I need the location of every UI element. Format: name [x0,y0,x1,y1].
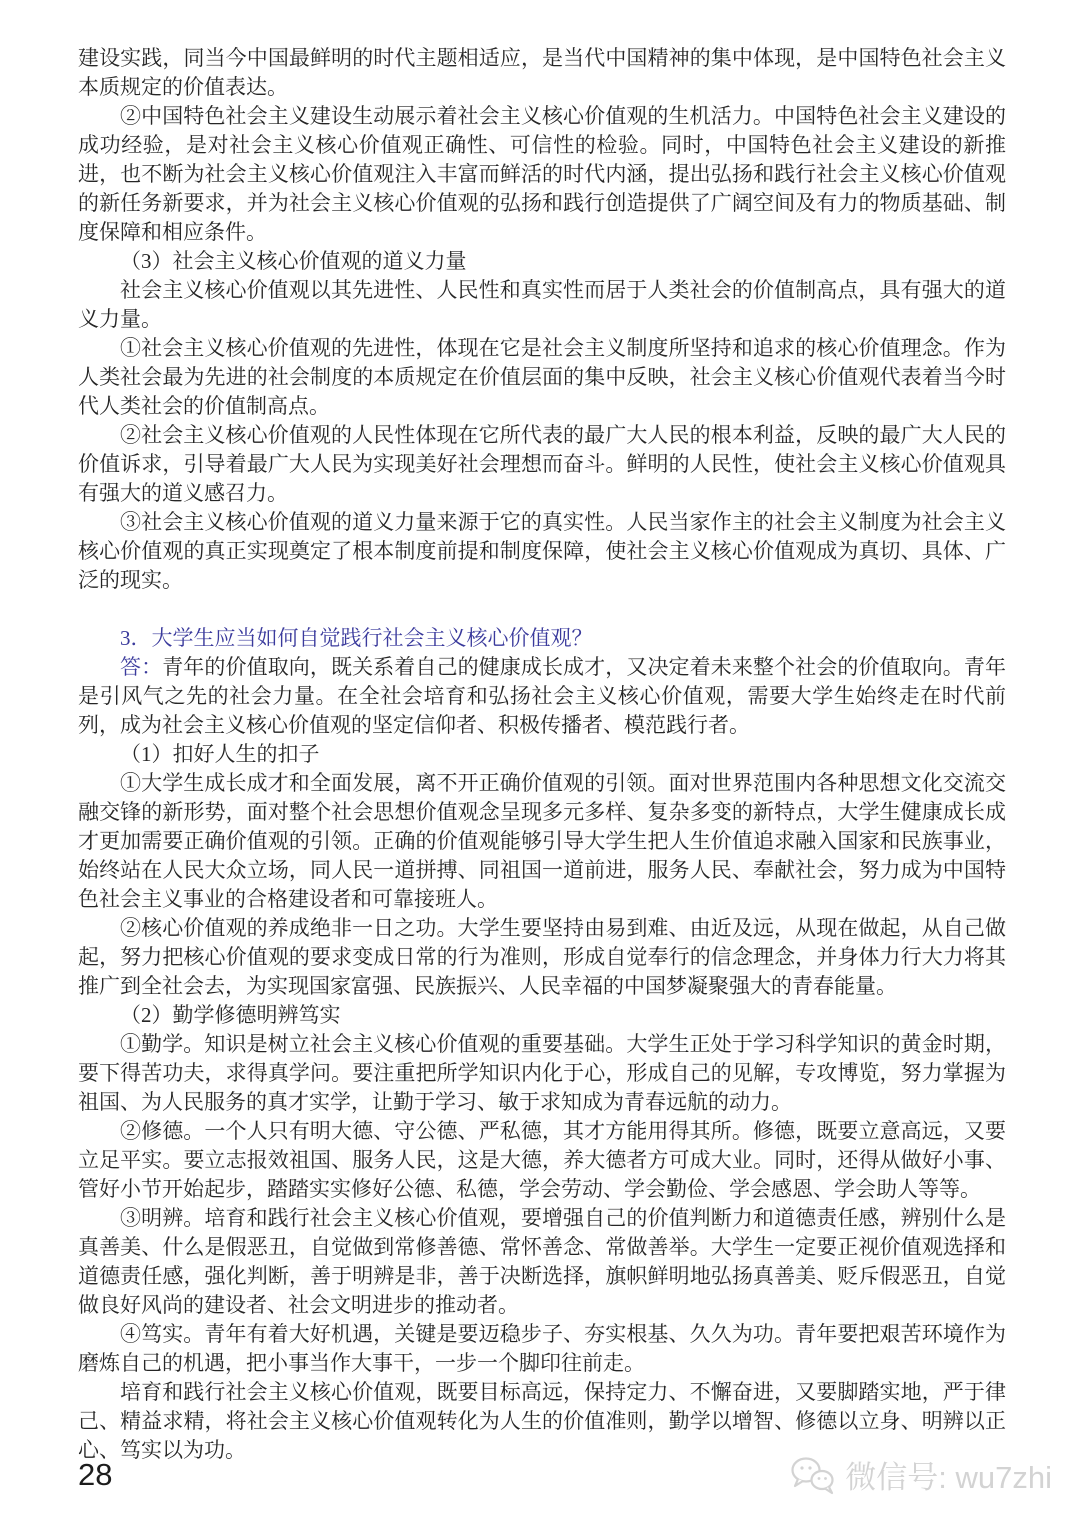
paragraph: ②修德。一个人只有明大德、守公德、严私德，其才方能用得其所。修德，既要立意高远，… [78,1117,1006,1204]
watermark-label: 微信号: wu7zhi [845,1452,1052,1497]
paragraph: ①社会主义核心价值观的先进性，体现在它是社会主义制度所坚持和追求的核心价值理念。… [78,334,1006,421]
watermark: 微信号: wu7zhi [789,1452,1052,1497]
paragraph: ③明辨。培育和践行社会主义核心价值观，要增强自己的价值判断力和道德责任感，辨别什… [78,1204,1006,1320]
paragraph: ①大学生成长成才和全面发展，离不开正确价值观的引领。面对世界范围内各种思想文化交… [78,769,1006,914]
wechat-icon [789,1454,837,1496]
paragraph: 答：青年的价值取向，既关系着自己的健康成长成才，又决定着未来整个社会的价值取向。… [78,653,1006,740]
paragraph: ①勤学。知识是树立社会主义核心价值观的重要基础。大学生正处于学习科学知识的黄金时… [78,1030,1006,1117]
question-heading: 3．大学生应当如何自觉践行社会主义核心价值观？ [78,624,1006,653]
paragraph: （2）勤学修德明辨笃实 [78,1001,1006,1030]
paragraph: （3）社会主义核心价值观的道义力量 [78,247,1006,276]
paragraph: ③社会主义核心价值观的道义力量来源于它的真实性。人民当家作主的社会主义制度为社会… [78,508,1006,595]
paragraph: ②中国特色社会主义建设生动展示着社会主义核心价值观的生机活力。中国特色社会主义建… [78,102,1006,247]
paragraph: ②社会主义核心价值观的人民性体现在它所代表的最广大人民的根本利益，反映的最广大人… [78,421,1006,508]
paragraph: （1）扣好人生的扣子 [78,740,1006,769]
answer-label: 答： [120,655,162,679]
document-page: 建设实践，同当今中国最鲜明的时代主题相适应，是当代中国精神的集中体现，是中国特色… [0,0,1080,1528]
page-number: 28 [78,1458,112,1492]
paragraph: 建设实践，同当今中国最鲜明的时代主题相适应，是当代中国精神的集中体现，是中国特色… [78,44,1006,102]
paragraph: ④笃实。青年有着大好机遇，关键是要迈稳步子、夯实根基、久久为功。青年要把艰苦环境… [78,1320,1006,1378]
paragraph: ②核心价值观的养成绝非一日之功。大学生要坚持由易到难、由近及远，从现在做起，从自… [78,914,1006,1001]
document-body: 建设实践，同当今中国最鲜明的时代主题相适应，是当代中国精神的集中体现，是中国特色… [78,44,1006,1465]
paragraph: 社会主义核心价值观以其先进性、人民性和真实性而居于人类社会的价值制高点，具有强大… [78,276,1006,334]
